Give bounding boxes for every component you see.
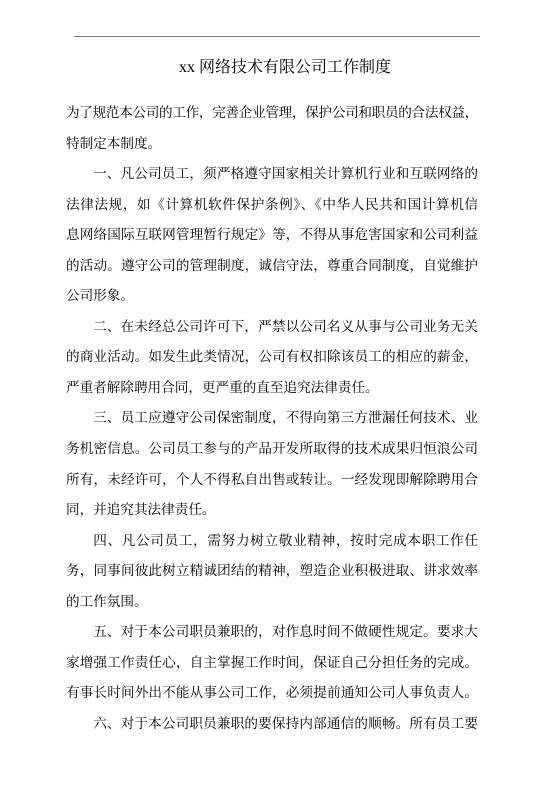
paragraph: 二、在未经总公司许可下，严禁以公司名义从事与公司业务无关的商业活动。如发生此类情… [66,312,478,404]
paragraph: 为了规范本公司的工作，完善企业管理，保护公司和职员的合法权益，特制定本制度。 [66,98,478,159]
text-line: 务机密信息。公司员工参与的产品开发所取得的技术成果归恒浪公司 [66,434,478,465]
text-line: 特制定本制度。 [66,129,478,160]
header-rule [74,36,480,37]
text-line: 四、凡公司员工，需努力树立敬业精神，按时完成本职工作任 [66,526,478,557]
text-line: 一、凡公司员工，须严格遵守国家相关计算机行业和互联网络的 [66,159,478,190]
text-line: 六、对于本公司职员兼职的要保持内部通信的顺畅。所有员工要 [66,709,478,740]
text-line: 的商业活动。如发生此类情况，公司有权扣除该员工的相应的薪金， [66,342,478,373]
text-line: 公司形象。 [66,281,478,312]
text-line: 所有，未经许可，个人不得私自出售或转让。一经发现即解除聘用合 [66,465,478,496]
text-line: 有事长时间外出不能从事公司工作，必须提前通知公司人事负责人。 [66,678,478,709]
text-line: 二、在未经总公司许可下，严禁以公司名义从事与公司业务无关 [66,312,478,343]
text-line: 家增强工作责任心，自主掌握工作时间，保证自己分担任务的完成。 [66,648,478,679]
text-line: 三、员工应遵守公司保密制度，不得向第三方泄漏任何技术、业 [66,403,478,434]
paragraph: 一、凡公司员工，须严格遵守国家相关计算机行业和互联网络的法律法规，如《计算机软件… [66,159,478,312]
document-page: xx 网络技术有限公司工作制度 为了规范本公司的工作，完善企业管理，保护公司和职… [0,0,555,792]
text-line: 的活动。遵守公司的管理制度，诚信守法，尊重合同制度，自觉维护 [66,251,478,282]
text-line: 的工作氛围。 [66,587,478,618]
text-line: 息网络国际互联网管理暂行规定》等，不得从事危害国家和公司利益 [66,220,478,251]
document-body: 为了规范本公司的工作，完善企业管理，保护公司和职员的合法权益，特制定本制度。一、… [66,98,478,739]
text-line: 为了规范本公司的工作，完善企业管理，保护公司和职员的合法权益， [66,98,478,129]
paragraph: 四、凡公司员工，需努力树立敬业精神，按时完成本职工作任务，同事间彼此树立精诚团结… [66,526,478,618]
paragraph: 三、员工应遵守公司保密制度，不得向第三方泄漏任何技术、业务机密信息。公司员工参与… [66,403,478,525]
text-line: 同，并追究其法律责任。 [66,495,478,526]
text-line: 务，同事间彼此树立精诚团结的精神，塑造企业积极进取、讲求效率 [66,556,478,587]
document-title: xx 网络技术有限公司工作制度 [66,54,478,82]
text-line: 法律法规，如《计算机软件保护条例》、《中华人民共和国计算机信 [66,190,478,221]
text-line: 五、对于本公司职员兼职的，对作息时间不做硬性规定。要求大 [66,617,478,648]
paragraph: 六、对于本公司职员兼职的要保持内部通信的顺畅。所有员工要 [66,709,478,740]
paragraph: 五、对于本公司职员兼职的，对作息时间不做硬性规定。要求大家增强工作责任心，自主掌… [66,617,478,709]
text-line: 严重者解除聘用合同，更严重的直至追究法律责任。 [66,373,478,404]
